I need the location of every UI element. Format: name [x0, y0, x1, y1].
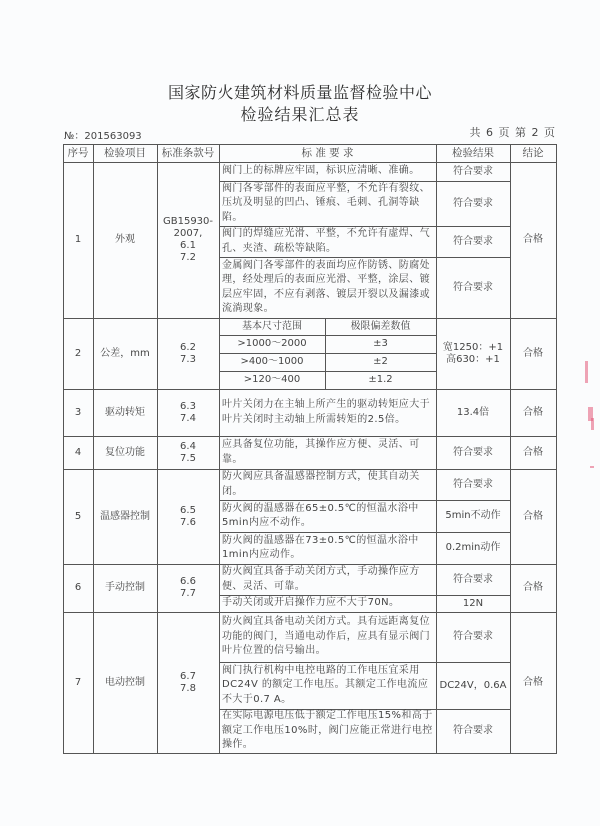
requirement-text: 阀门的焊缝应光滑、平整，不允许有虚焊、气孔、夹渣、疏松等缺陷。	[219, 226, 436, 257]
inspection-item: 外观	[93, 162, 157, 318]
tolerance-value: ±3	[325, 335, 436, 353]
requirement-text: 手动关闭或开启操作力应不大于70N。	[219, 595, 436, 612]
doc-number-value: 201563093	[84, 131, 141, 142]
column-header: 标准条款号	[157, 144, 219, 162]
requirement-text: 阀门执行机构中电控电路的工作电压宜采用 DC24V 的额定工作电压。其额定工作电…	[219, 662, 436, 709]
inspection-result: 符合要求	[436, 226, 510, 257]
requirement-text: 防火阀应具备温感器控制方式，使其自动关闭。	[219, 469, 436, 500]
requirement-text: 阀门上的标牌应牢固，标识应清晰、准确。	[219, 162, 436, 181]
row-number: 4	[63, 436, 93, 469]
conclusion: 合格	[510, 564, 556, 612]
tolerance-value: ±1.2	[325, 371, 436, 389]
inspection-item: 公差，mm	[93, 318, 157, 389]
standard-clause: GB15930-2007,6.17.2	[157, 162, 219, 318]
inspection-result: 12N	[436, 595, 510, 612]
size-range: >120～400	[219, 371, 325, 389]
inspection-result: 符合要求	[436, 612, 510, 662]
inspection-result: 符合要求	[436, 162, 510, 181]
inspection-result: 13.4倍	[436, 389, 510, 436]
column-border	[556, 144, 557, 753]
column-header: 检验结果	[436, 144, 510, 162]
column-header: 标 准 要 求	[219, 144, 436, 162]
conclusion: 合格	[510, 162, 556, 318]
row-number: 1	[63, 162, 93, 318]
doc-title: 检验结果汇总表	[0, 102, 600, 125]
standard-clause: 6.57.6	[157, 469, 219, 564]
row-number: 3	[63, 389, 93, 436]
inspection-item: 驱动转矩	[93, 389, 157, 436]
conclusion: 合格	[510, 436, 556, 469]
standard-clause: 6.27.3	[157, 318, 219, 389]
standard-clause: 6.77.8	[157, 612, 219, 753]
stamp-mark	[591, 418, 594, 430]
subtable-header: 极限偏差数值	[325, 318, 436, 335]
row-number: 6	[63, 564, 93, 612]
standard-clause: 6.47.5	[157, 436, 219, 469]
inspection-result: 宽1250：+1高630：+1	[436, 318, 510, 389]
column-header: 检验项目	[93, 144, 157, 162]
inspection-result: 符合要求	[436, 709, 510, 753]
conclusion: 合格	[510, 612, 556, 753]
requirement-text: 防火阀宜具备手动关闭方式，手动操作应方便、灵活、可靠。	[219, 564, 436, 595]
requirement-text: 应具备复位功能，其操作应方便、灵活、可靠。	[219, 436, 436, 469]
subtable-header: 基本尺寸范围	[219, 318, 325, 335]
inspection-item: 复位功能	[93, 436, 157, 469]
column-header: 序号	[63, 144, 93, 162]
requirement-text: 金属阀门各零部件的表面均应作防锈、防腐处理，经处理后的表面应光滑、平整，涂层、镀…	[219, 257, 436, 318]
size-range: >400～1000	[219, 353, 325, 371]
requirement-text: 防火阀的温感器在73±0.5℃的恒温水浴中1min内应动作。	[219, 532, 436, 564]
inspection-item: 手动控制	[93, 564, 157, 612]
requirement-text: 阀门各零部件的表面应平整，不允许有裂纹、压坑及明显的凹凸、锤痕、毛刺、孔洞等缺陷…	[219, 181, 436, 226]
doc-number: №：201563093	[64, 127, 142, 142]
inspection-result: 符合要求	[436, 436, 510, 469]
org-title: 国家防火建筑材料质量监督检验中心	[0, 80, 600, 103]
inspection-result: 符合要求	[436, 257, 510, 318]
inspection-item: 电动控制	[93, 612, 157, 753]
requirement-text: 防火阀宜具备电动关闭方式。具有远距离复位功能的阀门，当通电动作后，应具有显示阀门…	[219, 612, 436, 662]
stamp-mark	[585, 361, 588, 383]
conclusion: 合格	[510, 389, 556, 436]
inspection-result: 符合要求	[436, 564, 510, 595]
page-info: 共 6 页 第 2 页	[470, 124, 556, 140]
tolerance-value: ±2	[325, 353, 436, 371]
inspection-result: 5min不动作	[436, 500, 510, 532]
stamp-mark	[590, 466, 594, 468]
row-number: 2	[63, 318, 93, 389]
doc-number-label: №：	[64, 131, 84, 142]
conclusion: 合格	[510, 318, 556, 389]
standard-clause: 6.67.7	[157, 564, 219, 612]
inspection-result: 符合要求	[436, 469, 510, 500]
conclusion: 合格	[510, 469, 556, 564]
row-number: 7	[63, 612, 93, 753]
standard-clause: 6.37.4	[157, 389, 219, 436]
row-border	[63, 753, 557, 754]
column-header: 结论	[510, 144, 556, 162]
inspection-item: 温感器控制	[93, 469, 157, 564]
inspection-result: DC24V，0.6A	[436, 662, 510, 709]
requirement-text: 叶片关闭力在主轴上所产生的驱动转矩应大于叶片关闭时主动轴上所需转矩的2.5倍。	[219, 389, 436, 436]
requirement-text: 防火阀的温感器在65±0.5℃的恒温水浴中5min内应不动作。	[219, 500, 436, 532]
row-number: 5	[63, 469, 93, 564]
requirement-text: 在实际电源电压低于额定工作电压15%和高于额定工作电压10%时，阀门应能正常进行…	[219, 709, 436, 753]
size-range: >1000～2000	[219, 335, 325, 353]
inspection-result: 符合要求	[436, 181, 510, 226]
inspection-result: 0.2min动作	[436, 532, 510, 564]
